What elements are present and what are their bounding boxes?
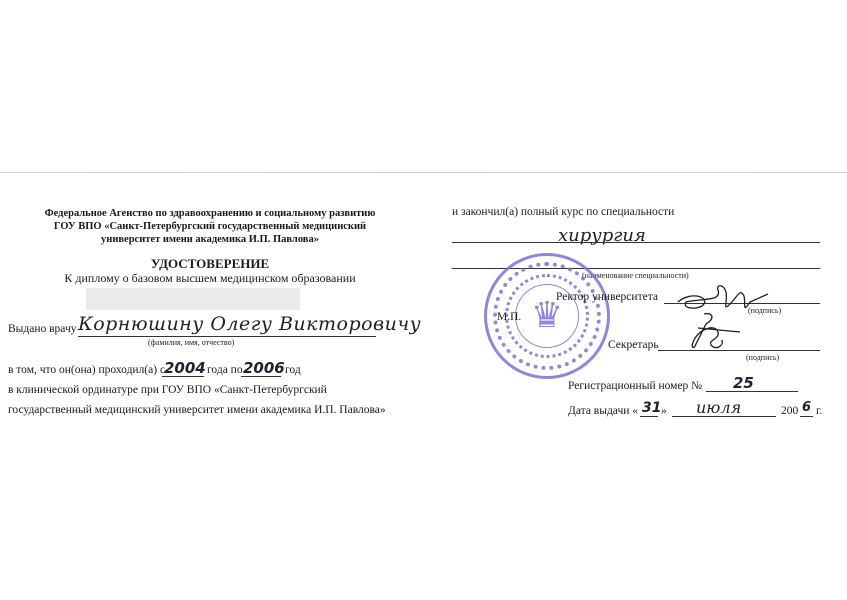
org-line-1: Федеральное Агенство по здравоохранению … (0, 208, 420, 219)
reg-number: 25 (733, 374, 754, 392)
seal-label: М.П. (497, 311, 521, 323)
document-title: УДОСТОВЕРЕНИЕ (0, 256, 420, 272)
issued-to-name: Корнюшину Олегу Викторовичу (78, 313, 421, 335)
date-day-underline (640, 416, 658, 417)
place-line-1: в клинической ординатуре при ГОУ ВПО «Са… (8, 384, 327, 396)
date-year-underline (800, 416, 813, 417)
completed-label: и закончил(а) полный курс по специальнос… (452, 206, 674, 218)
date-year-digit: 6 (802, 400, 811, 415)
org-line-2: ГОУ ВПО «Санкт-Петербургский государстве… (0, 221, 420, 232)
date-month: июля (696, 398, 741, 417)
document-subtitle: К диплому о базовом высшем медицинском о… (0, 271, 420, 286)
rector-label: Ректор университета (556, 291, 658, 303)
reg-number-underline (706, 391, 798, 392)
name-caption: (фамилия, имя, отчество) (148, 338, 234, 347)
name-underline (78, 336, 376, 337)
secretary-signature (676, 310, 746, 354)
specialty-underline (452, 242, 820, 243)
page-fold-line (0, 172, 847, 173)
date-year-suffix: г. (816, 405, 822, 417)
issued-to-label: Выдано врачу (8, 323, 77, 335)
date-day: 31 (642, 400, 661, 416)
secretary-label: Секретарь (608, 339, 659, 351)
period-prefix: в том, что он(она) проходил(а) с (8, 364, 165, 376)
date-year-prefix: 200 (781, 405, 798, 417)
period-middle: года по (207, 364, 243, 376)
secretary-signature-caption: (подпись) (746, 353, 779, 362)
year-from-underline (162, 376, 204, 377)
org-line-3: университет имени академика И.П. Павлова… (0, 234, 420, 245)
reg-label: Регистрационный номер № (568, 380, 702, 392)
period-suffix: год (285, 364, 301, 376)
year-from: 2004 (164, 359, 206, 377)
date-label: Дата выдачи « (568, 405, 638, 417)
place-line-2: государственный медицинский университет … (8, 404, 386, 416)
date-close-quote: » (661, 405, 667, 417)
redacted-field (86, 288, 300, 310)
year-to: 2006 (243, 359, 285, 377)
date-month-underline (672, 416, 776, 417)
year-to-underline (241, 376, 281, 377)
